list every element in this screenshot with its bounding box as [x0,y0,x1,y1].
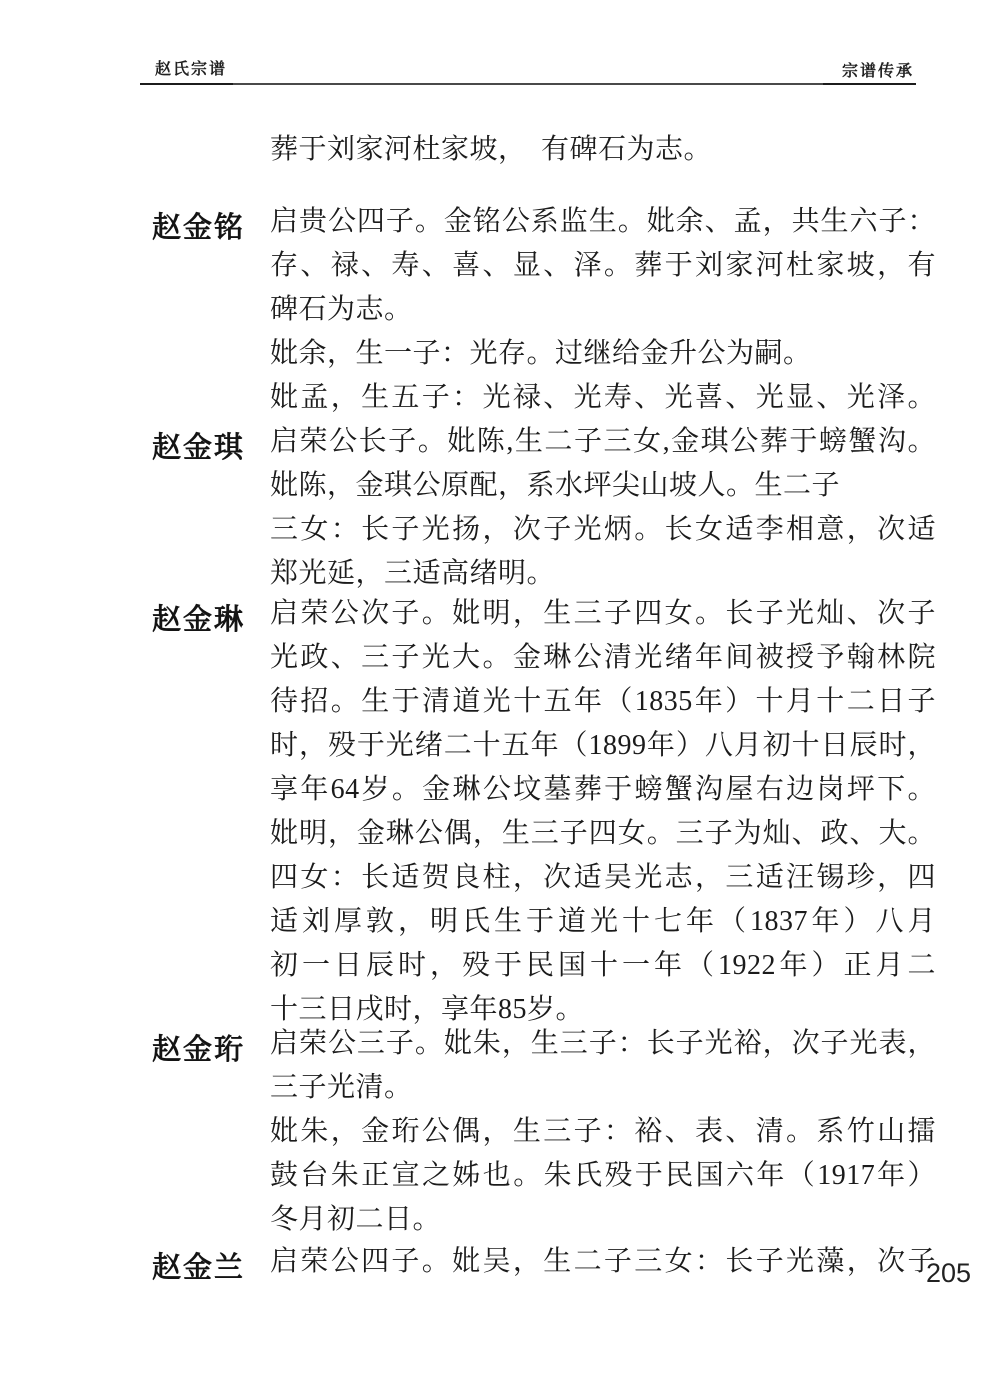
entry-text: 启荣公四子。妣吴，生二子三女：长子光藻，次子 [270,1240,936,1284]
entry-text-line: 光政、三子光大。金琳公清光绪年间被授予翰林院 [270,636,936,680]
entry-text-line: 冬月初二日。 [270,1198,936,1242]
entry-text-line: 妣朱，金珩公偶，生三子：裕、表、清。系竹山擂 [270,1110,936,1154]
genealogy-entry-4: 赵金珩启荣公三子。妣朱，生三子：长子光裕，次子光表，三子光清。妣朱，金珩公偶，生… [152,1022,938,1242]
genealogy-entry-5: 赵金兰启荣公四子。妣吴，生二子三女：长子光藻，次子 [152,1240,938,1284]
entry-person-name: 赵金琪 [152,425,245,466]
entry-text: 启荣公三子。妣朱，生三子：长子光裕，次子光表，三子光清。妣朱，金珩公偶，生三子：… [270,1022,936,1242]
entry-text-line: 初一日辰时，殁于民国十一年（1922年）正月二 [270,944,936,988]
entry-person-name: 赵金珩 [152,1027,245,1068]
genealogy-entry-3: 赵金琳启荣公次子。妣明，生三子四女。长子光灿、次子光政、三子光大。金琳公清光绪年… [152,592,938,1032]
header-rule [140,83,916,85]
header-chapter-title: 宗谱传承 [842,58,914,81]
entry-text-line: 启荣公三子。妣朱，生三子：长子光裕，次子光表， [270,1022,936,1066]
entry-person-name: 赵金琳 [152,597,245,638]
entry-text: 启荣公次子。妣明，生三子四女。长子光灿、次子光政、三子光大。金琳公清光绪年间被授… [270,592,936,1032]
genealogy-entry-continuation: 葬于刘家河杜家坡， 有碑石为志。 [152,128,938,172]
entry-text-line: 启贵公四子。金铭公系监生。妣余、孟，共生六子： [270,200,936,244]
entry-text-line: 待招。生于清道光十五年（1835年）十月十二日子 [270,680,936,724]
entry-text-line: 启荣公长子。妣陈,生二子三女,金琪公葬于螃蟹沟。 [270,420,936,464]
entry-text-line: 存、禄、寿、喜、显、泽。葬于刘家河杜家坡，有 [270,244,936,288]
entry-text-line: 适刘厚敦，明氏生于道光十七年（1837年）八月 [270,900,936,944]
entry-text-line: 妣余，生一子：光存。过继给金升公为嗣。 [270,332,936,376]
entry-text-line: 时，殁于光绪二十五年（1899年）八月初十日辰时， [270,724,936,768]
entry-text: 启贵公四子。金铭公系监生。妣余、孟，共生六子：存、禄、寿、喜、显、泽。葬于刘家河… [270,200,936,420]
genealogy-page: 赵氏宗谱 宗谱传承 葬于刘家河杜家坡， 有碑石为志。赵金铭启贵公四子。金铭公系监… [0,0,1000,1387]
entry-text-line: 妣孟，生五子：光禄、光寿、光喜、光显、光泽。 [270,376,936,420]
entry-text-line: 碑石为志。 [270,288,936,332]
entry-text-line: 葬于刘家河杜家坡， 有碑石为志。 [270,128,936,172]
entry-text-line: 启荣公次子。妣明，生三子四女。长子光灿、次子 [270,592,936,636]
entry-text-line: 郑光延，三适高绪明。 [270,552,936,596]
entry-text-line: 四女：长适贺良柱，次适吴光志，三适汪锡珍，四 [270,856,936,900]
entry-text-line: 三子光清。 [270,1066,936,1110]
entry-text: 葬于刘家河杜家坡， 有碑石为志。 [270,128,936,172]
genealogy-entry-1: 赵金铭启贵公四子。金铭公系监生。妣余、孟，共生六子：存、禄、寿、喜、显、泽。葬于… [152,200,938,420]
entry-text-line: 妣明，金琳公偶，生三子四女。三子为灿、政、大。 [270,812,936,856]
entry-text-line: 启荣公四子。妣吴，生二子三女：长子光藻，次子 [270,1240,936,1284]
page-number: 205 [926,1258,971,1289]
entry-text-line: 妣陈，金琪公原配，系水坪尖山坡人。生二子 [270,464,936,508]
entry-text-line: 享年64岁。金琳公坟墓葬于螃蟹沟屋右边岗坪下。 [270,768,936,812]
genealogy-entry-2: 赵金琪启荣公长子。妣陈,生二子三女,金琪公葬于螃蟹沟。妣陈，金琪公原配，系水坪尖… [152,420,938,596]
entry-text: 启荣公长子。妣陈,生二子三女,金琪公葬于螃蟹沟。妣陈，金琪公原配，系水坪尖山坡人… [270,420,936,596]
entry-person-name: 赵金铭 [152,205,245,246]
header-book-title: 赵氏宗谱 [155,56,227,79]
entry-text-line: 鼓台朱正宣之姊也。朱氏殁于民国六年（1917年） [270,1154,936,1198]
entry-text-line: 三女：长子光扬，次子光炳。长女适李相意，次适 [270,508,936,552]
entry-person-name: 赵金兰 [152,1245,245,1286]
